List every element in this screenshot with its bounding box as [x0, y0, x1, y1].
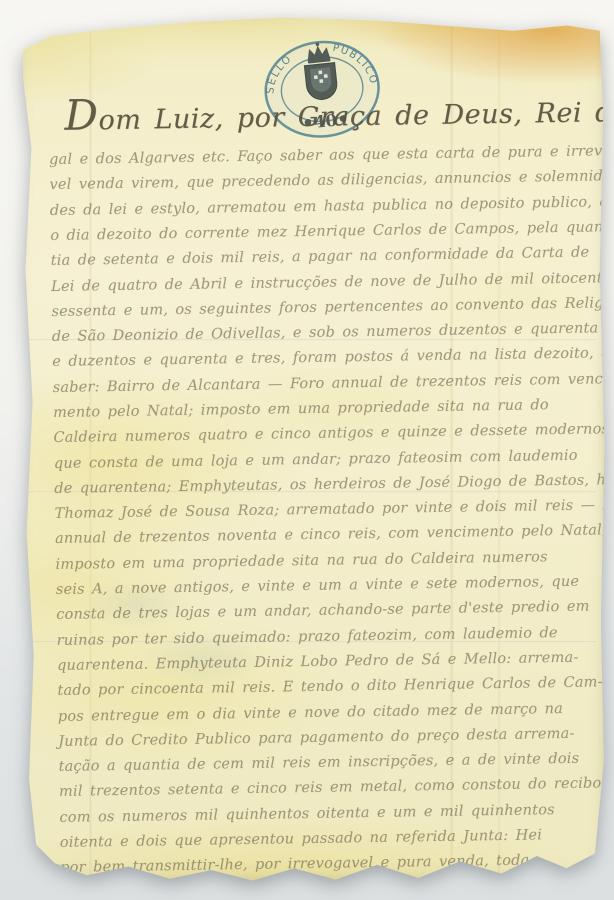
manuscript-body: gal e dos Algarves etc. Faço saber aos q… — [49, 139, 603, 881]
manuscript-text-block: Dom Luiz, por Graça de Deus, Rei de Port… — [46, 84, 603, 881]
royal-heading: Dom Luiz, por Graça de Deus, Rei de Port… — [64, 84, 592, 138]
manuscript-paper: SELLO PUBLICO — [16, 8, 608, 884]
photo-backdrop: { "stamp": { "arc_left_text": "SELLO", "… — [0, 0, 614, 900]
paper-shadow: SELLO PUBLICO — [0, 0, 614, 900]
